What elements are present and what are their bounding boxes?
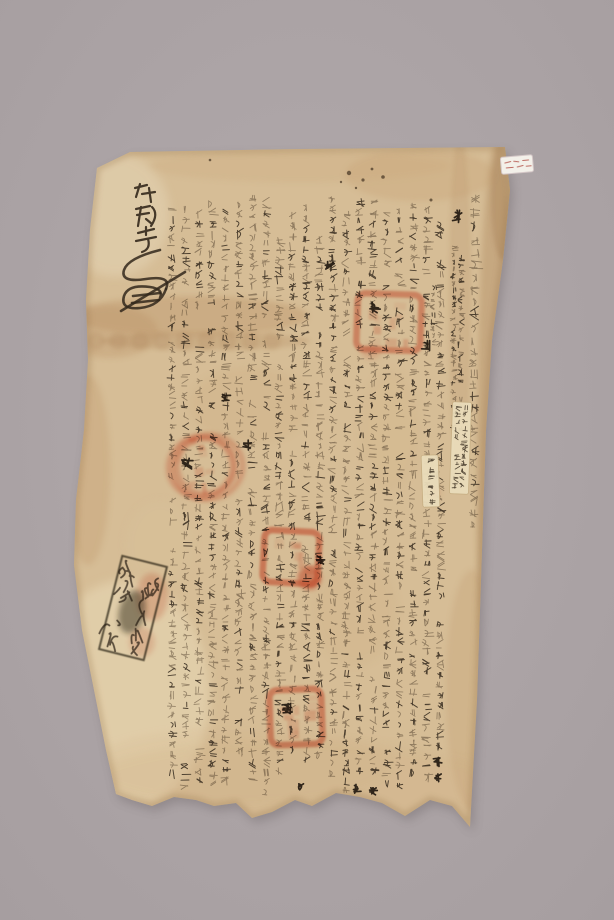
stain-scallop (153, 332, 171, 350)
archival-slip-2 (421, 455, 440, 508)
speck (430, 199, 433, 202)
museum-photo: Cursive brush-written Hanja; body text l… (0, 0, 614, 920)
archival-slip-1 (449, 402, 471, 495)
red-ink-smudge (361, 345, 381, 359)
stain-scallop (131, 332, 149, 350)
speck (209, 159, 212, 162)
speck (371, 168, 374, 171)
speck (340, 181, 342, 183)
speck (361, 178, 364, 181)
speck (355, 187, 357, 189)
speck (381, 175, 385, 179)
document-photo-svg (0, 0, 614, 920)
speck (347, 171, 351, 175)
water-stain (313, 555, 397, 665)
catalog-label-sticker (500, 155, 533, 175)
stain-scallop (109, 332, 127, 350)
